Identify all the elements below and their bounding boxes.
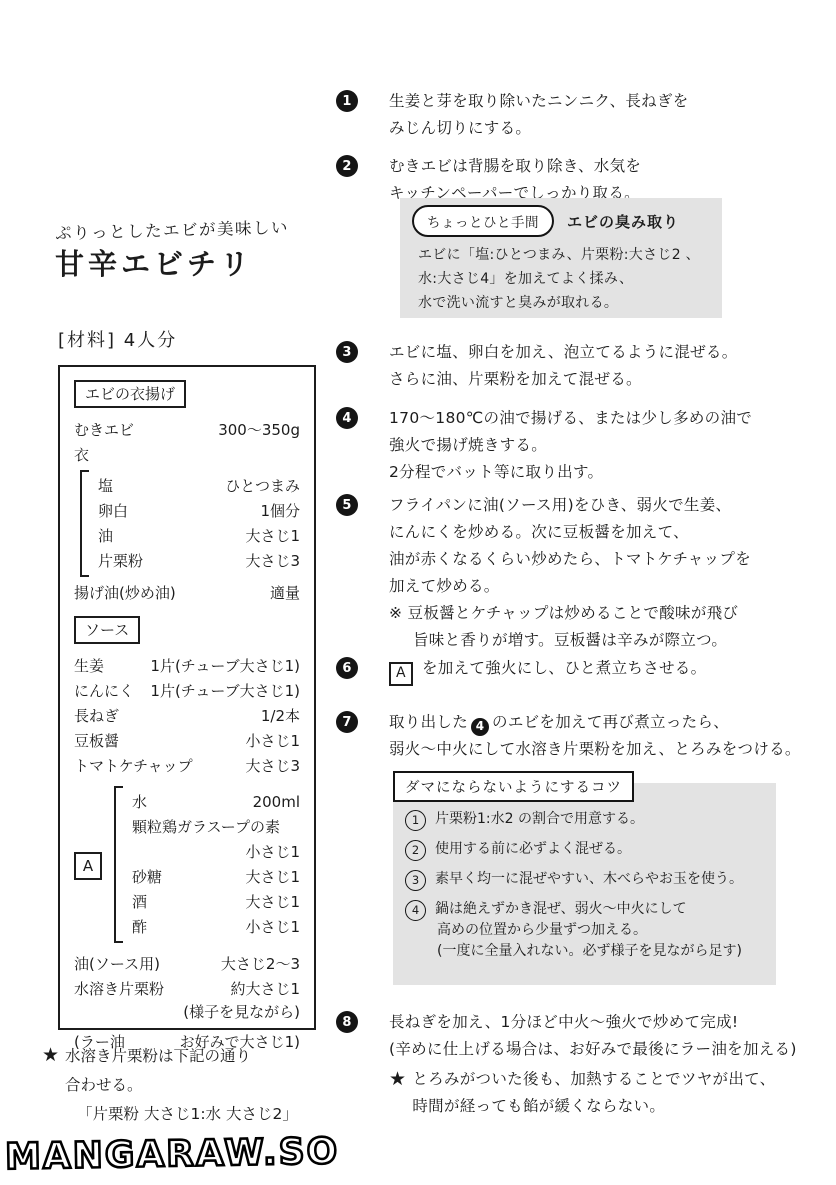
lump-prevention-tips-box: ダマにならないようにするコツ 1 片栗粉1:水2 の割合で用意する。 2 使用す…: [393, 783, 776, 985]
step-number-badge: 4: [336, 407, 358, 429]
step-number-badge: 3: [336, 341, 358, 363]
step-line: 弱火〜中火にして水溶き片栗粉を加え、とろみをつける。: [389, 736, 801, 763]
step-line: 生姜と芽を取り除いたニンニク、長ねぎを: [389, 88, 689, 115]
ingredient-row: むきエビ 300〜350g: [74, 420, 300, 440]
star-icon: ★: [389, 1066, 406, 1120]
step-note-line: 時間が経っても餡が緩くならない。: [412, 1093, 775, 1120]
step-7: 7 取り出した4のエビを加えて再び煮立ったら、 弱火〜中火にして水溶き片栗粉を加…: [336, 709, 801, 763]
step-number-badge: 6: [336, 657, 358, 679]
recipe-title: 甘辛エビチリ: [55, 242, 253, 283]
step-line: 油が赤くなるくらい炒めたら、トマトケチャップを: [389, 546, 751, 573]
step-3: 3 エビに塩、卵白を加え、泡立てるように混ぜる。 さらに油、片栗粉を加えて混ぜる…: [336, 339, 738, 393]
ingredient-row: 顆粒鶏ガラスープの素: [132, 817, 300, 837]
step-line: さらに油、片栗粉を加えて混ぜる。: [389, 366, 738, 393]
step-star-note: ★ とろみがついた後も、加熱することでツヤが出て、 時間が経っても餡が緩くならな…: [389, 1066, 797, 1120]
step-number-badge: 8: [336, 1011, 358, 1033]
ingredient-amount: 大さじ2〜3: [221, 954, 300, 974]
ingredient-name: 卵白: [98, 501, 128, 521]
ingredient-row: 油(ソース用) 大さじ2〜3: [74, 954, 300, 974]
ingredient-name: 酒: [132, 892, 147, 912]
recipe-tagline: ぷりっとしたエビが美味しい: [55, 214, 290, 244]
ingredient-name: にんにく: [74, 681, 134, 701]
step-line: 強火で揚げ焼きする。: [389, 432, 752, 459]
ingredient-name: 酢: [132, 917, 147, 937]
ingredients-box: エビの衣揚げ むきエビ 300〜350g 衣 塩 ひとつまみ 卵白 1個分 油 …: [58, 365, 316, 1030]
step-note-line: とろみがついた後も、加熱することでツヤが出て、: [412, 1066, 775, 1093]
step-line: (辛めに仕上げる場合は、お好みで最後にラー油を加える): [389, 1036, 797, 1063]
star-icon: ★: [42, 1042, 59, 1129]
step-line-text: を加えて強火にし、ひと煮立ちさせる。: [422, 659, 706, 677]
step-line: にんにくを炒める。次に豆板醤を加えて、: [389, 519, 751, 546]
ingredient-row: 砂糖 大さじ1: [132, 867, 300, 887]
ingredient-row: (様子を見ながら): [74, 1002, 300, 1022]
tip-title: エビの臭み取り: [567, 211, 679, 232]
ingredient-name: むきエビ: [74, 420, 134, 440]
step-line-text: 取り出した: [389, 713, 468, 731]
ingredient-name: 油: [98, 526, 113, 546]
circled-number-badge: 3: [405, 870, 426, 891]
ingredient-name: 顆粒鶏ガラスープの素: [132, 817, 280, 837]
step-number-badge: 2: [336, 155, 358, 177]
ingredient-amount: 200ml: [253, 792, 300, 812]
a-group: A 水 200ml 顆粒鶏ガラスープの素 小さじ1 砂糖 大さじ1 酒 大さじ1: [72, 782, 302, 949]
step-note-line: 旨味と香りが増す。豆板醤は辛みが際立つ。: [413, 627, 751, 654]
step-line-text: のエビを加えて再び煮立ったら、: [492, 713, 729, 731]
circled-number-badge: 1: [405, 810, 426, 831]
ingredient-amount: ひとつまみ: [225, 476, 300, 496]
ingredient-row: 長ねぎ 1/2本: [74, 706, 300, 726]
tip-item-line: 高めの位置から少量ずつ加える。: [437, 920, 742, 941]
tip-item-2: 2 使用する前に必ずよく混ぜる。: [405, 839, 764, 861]
tip-bubble-label: ちょっとひと手間: [412, 205, 554, 237]
ingredient-amount: 小さじ1: [245, 842, 300, 862]
footnote-line: 合わせる。: [65, 1071, 298, 1100]
step-5: 5 フライパンに油(ソース用)をひき、弱火で生姜、 にんにくを炒める。次に豆板醤…: [336, 492, 751, 654]
batter-section-header: エビの衣揚げ: [74, 380, 186, 408]
ingredient-row: 塩 ひとつまみ: [98, 476, 300, 496]
sauce-section-header: ソース: [74, 616, 140, 644]
step-line: 長ねぎを加え、1分ほど中火〜強火で炒めて完成!: [389, 1009, 797, 1036]
ingredient-row: 酒 大さじ1: [132, 892, 300, 912]
ingredient-amount: 小さじ1: [245, 731, 300, 751]
ingredient-amount: 大さじ1: [245, 892, 300, 912]
tip-item-line: 片栗粉1:水2 の割合で用意する。: [435, 809, 644, 830]
step-6: 6 Aを加えて強火にし、ひと煮立ちさせる。: [336, 655, 706, 686]
step-line: 取り出した4のエビを加えて再び煮立ったら、: [389, 709, 801, 736]
ingredient-name: 水溶き片栗粉: [74, 979, 164, 999]
ingredient-row: 豆板醤 小さじ1: [74, 731, 300, 751]
katakuriko-footnote: ★ 水溶き片栗粉は下記の通り 合わせる。 「片栗粉 大さじ1:水 大さじ2」: [42, 1042, 298, 1129]
tips-box-title: ダマにならないようにするコツ: [393, 771, 634, 802]
step-line: Aを加えて強火にし、ひと煮立ちさせる。: [389, 655, 706, 686]
ingredient-name: 片栗粉: [98, 551, 143, 571]
ingredient-row: 油 大さじ1: [98, 526, 300, 546]
step-number-badge: 7: [336, 711, 358, 733]
tip-item-line: (一度に全量入れない。必ず様子を見ながら足す): [437, 941, 742, 962]
servings-label: [材料] 4人分: [58, 326, 177, 352]
ingredient-name: 砂糖: [132, 867, 162, 887]
tip-item-line: 使用する前に必ずよく混ぜる。: [435, 839, 631, 860]
step-line: エビに塩、卵白を加え、泡立てるように混ぜる。: [389, 339, 738, 366]
ingredient-amount: 適量: [270, 583, 300, 603]
step-1: 1 生姜と芽を取り除いたニンニク、長ねぎを みじん切りにする。: [336, 88, 689, 142]
footnote-line: 水溶き片栗粉は下記の通り: [65, 1042, 298, 1071]
ingredient-name: トマトケチャップ: [74, 756, 193, 776]
ingredient-row: 水溶き片栗粉 約大さじ1: [74, 979, 300, 999]
tip-line: 水で洗い流すと臭みが取れる。: [418, 291, 710, 315]
tip-line: エビに「塩:ひとつまみ、片栗粉:大さじ2 、: [418, 243, 710, 267]
circled-number-badge: 2: [405, 840, 426, 861]
step4-reference-badge: 4: [471, 718, 489, 736]
ingredient-amount: 大さじ3: [245, 756, 300, 776]
tip-item-4: 4 鍋は絶えずかき混ぜ、弱火〜中火にして 高めの位置から少量ずつ加える。 (一度…: [405, 899, 764, 962]
ingredient-row: 揚げ油(炒め油) 適量: [74, 583, 300, 603]
step-8: 8 長ねぎを加え、1分ほど中火〜強火で炒めて完成! (辛めに仕上げる場合は、お好…: [336, 1009, 797, 1120]
ingredient-row: トマトケチャップ 大さじ3: [74, 756, 300, 776]
ingredient-row: 水 200ml: [132, 792, 300, 812]
tip-item-line: 鍋は絶えずかき混ぜ、弱火〜中火にして: [435, 899, 742, 920]
batter-bracket-group: 塩 ひとつまみ 卵白 1個分 油 大さじ1 片栗粉 大さじ3: [80, 470, 302, 577]
ingredient-amount: (様子を見ながら): [183, 1002, 300, 1022]
step-number-badge: 5: [336, 494, 358, 516]
ingredient-row: 生姜 1片(チューブ大さじ1): [74, 656, 300, 676]
ingredient-name: 水: [132, 792, 147, 812]
ingredient-name: 生姜: [74, 656, 104, 676]
tip-item-1: 1 片栗粉1:水2 の割合で用意する。: [405, 809, 764, 831]
ingredient-row: にんにく 1片(チューブ大さじ1): [74, 681, 300, 701]
tip-item-line: 素早く均一に混ぜやすい、木べらやお玉を使う。: [435, 869, 743, 890]
ingredient-amount: 300〜350g: [218, 420, 300, 440]
circled-number-badge: 4: [405, 900, 426, 921]
ingredient-name: 揚げ油(炒め油): [74, 583, 176, 603]
step-4: 4 170〜180℃の油で揚げる、または少し多めの油で 強火で揚げ焼きする。 2…: [336, 405, 752, 486]
a-bracket-group: 水 200ml 顆粒鶏ガラスープの素 小さじ1 砂糖 大さじ1 酒 大さじ1 酢: [114, 786, 302, 943]
ingredient-amount: 大さじ1: [245, 526, 300, 546]
ingredient-name: 塩: [98, 476, 113, 496]
step-note-line: ※ 豆板醤とケチャップは炒めることで酸味が飛び: [389, 600, 751, 627]
step-line: みじん切りにする。: [389, 115, 689, 142]
ingredient-amount: 約大さじ1: [230, 979, 300, 999]
ingredient-name: 油(ソース用): [74, 954, 160, 974]
step-line: 加えて炒める。: [389, 573, 751, 600]
ingredient-row: 片栗粉 大さじ3: [98, 551, 300, 571]
site-watermark: MANGARAW.SO: [5, 1131, 340, 1178]
ingredient-amount: 大さじ3: [245, 551, 300, 571]
ingredient-amount: 大さじ1: [245, 867, 300, 887]
step-line: 2分程でバット等に取り出す。: [389, 459, 752, 486]
footnote-line: 「片栗粉 大さじ1:水 大さじ2」: [77, 1100, 298, 1129]
ingredient-amount: 小さじ1: [245, 917, 300, 937]
ingredient-row: 酢 小さじ1: [132, 917, 300, 937]
step-line: 170〜180℃の油で揚げる、または少し多めの油で: [389, 405, 752, 432]
ingredient-name: 衣: [74, 445, 89, 465]
ingredient-row: 卵白 1個分: [98, 501, 300, 521]
shrimp-odor-tip-box: ちょっとひと手間 エビの臭み取り エビに「塩:ひとつまみ、片栗粉:大さじ2 、 …: [400, 198, 722, 318]
step-line: むきエビは背腸を取り除き、水気を: [389, 153, 641, 180]
a-reference-box: A: [389, 662, 413, 686]
step-number-badge: 1: [336, 90, 358, 112]
ingredient-amount: 1/2本: [261, 706, 300, 726]
ingredient-amount: 1個分: [260, 501, 300, 521]
tip-item-3: 3 素早く均一に混ぜやすい、木べらやお玉を使う。: [405, 869, 764, 891]
tip-line: 水:大さじ4」を加えてよく揉み、: [418, 267, 710, 291]
a-group-label: A: [74, 852, 102, 880]
ingredient-name: 豆板醤: [74, 731, 119, 751]
ingredient-row: 衣: [74, 445, 300, 465]
step-line: フライパンに油(ソース用)をひき、弱火で生姜、: [389, 492, 751, 519]
ingredient-row: 小さじ1: [132, 842, 300, 862]
ingredient-amount: 1片(チューブ大さじ1): [150, 656, 300, 676]
ingredient-amount: 1片(チューブ大さじ1): [150, 681, 300, 701]
ingredient-name: 長ねぎ: [74, 706, 119, 726]
